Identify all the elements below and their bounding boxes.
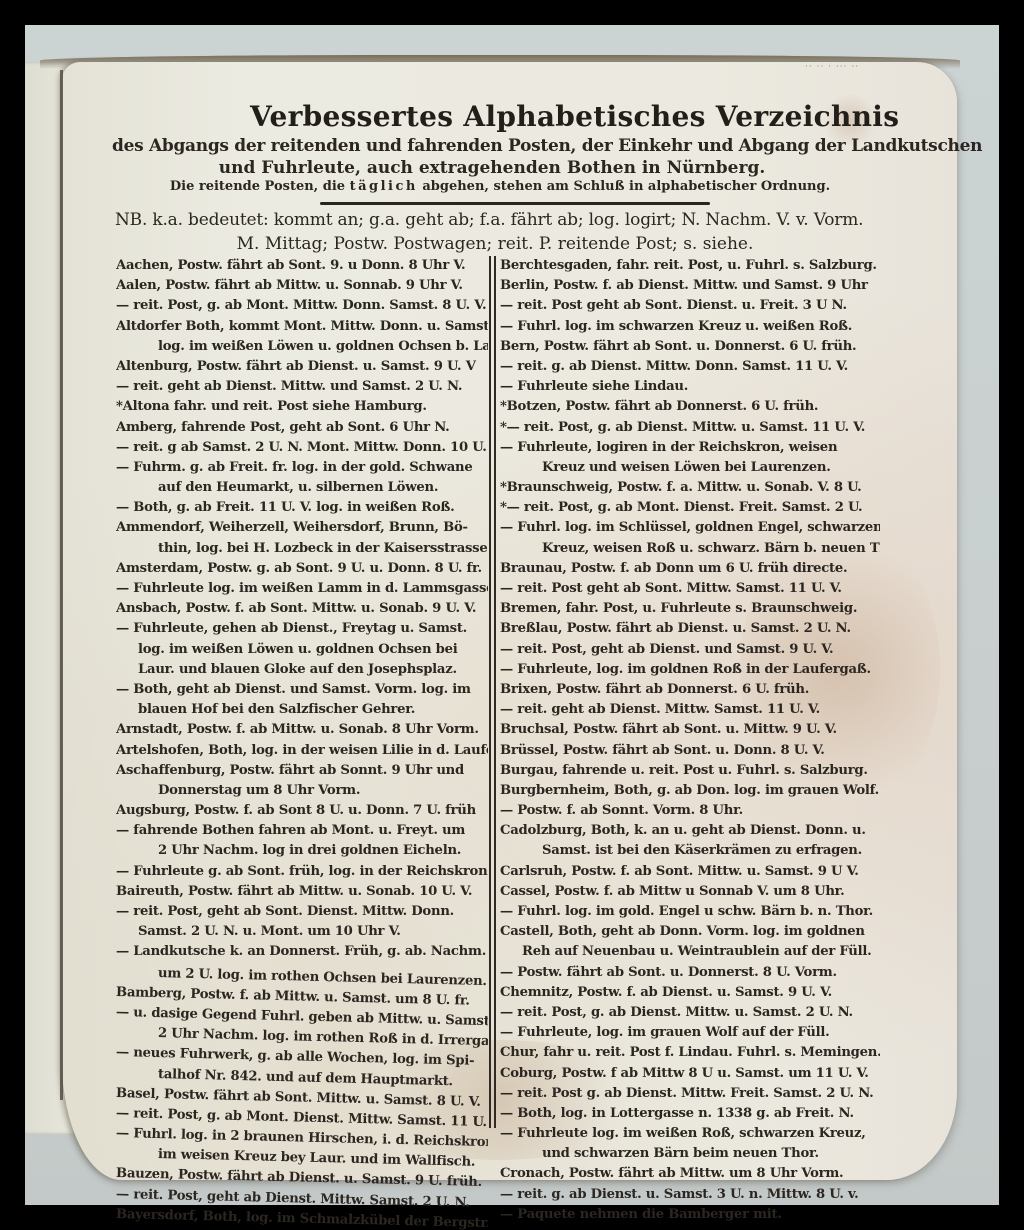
document-subtitle-line1: des Abgangs der reitenden und fahrenden … [112, 136, 872, 156]
directory-entry: — fahrende Bothen fahren ab Mont. u. Fre… [116, 821, 488, 841]
directory-entry: Cadolzburg, Both, k. an u. geht ab Diens… [500, 821, 880, 841]
directory-entry: Aschaffenburg, Postw. fährt ab Sonnt. 9 … [116, 761, 488, 781]
directory-entry: — reit. Post g. ab Dienst. Mittw. Freit.… [500, 1084, 880, 1104]
directory-entry: — Postw. fährt ab Sont. u. Donnerst. 8 U… [500, 963, 880, 983]
directory-entry: — Fuhrl. log. im Schlüssel, goldnen Enge… [500, 518, 880, 538]
directory-entry: — reit. g ab Samst. 2 U. N. Mont. Mittw.… [116, 438, 488, 458]
directory-entry: 2 Uhr Nachm. log in drei goldnen Eicheln… [116, 841, 488, 861]
directory-entry: Baireuth, Postw. fährt ab Mittw. u. Sona… [116, 882, 488, 902]
directory-entry: blauen Hof bei den Salzfischer Gehrer. [116, 700, 488, 720]
directory-entry: Brüssel, Postw. fährt ab Sont. u. Donn. … [500, 741, 880, 761]
directory-entry: — reit. geht ab Dienst. Mittw. und Samst… [116, 377, 488, 397]
directory-entry: log. im weißen Löwen u. goldnen Ochsen b… [116, 337, 488, 357]
directory-entry: Cronach, Postw. fährt ab Mittw. um 8 Uhr… [500, 1164, 880, 1184]
directory-entry: — Fuhrleute, log. im grauen Wolf auf der… [500, 1023, 880, 1043]
directory-entry: Coburg, Postw. f ab Mittw 8 U u. Samst. … [500, 1064, 880, 1084]
directory-entry: Ansbach, Postw. f. ab Sont. Mittw. u. So… [116, 599, 488, 619]
directory-entry: — Fuhrl. log. im schwarzen Kreuz u. weiß… [500, 317, 880, 337]
directory-entry: Samst. ist bei den Käserkrämen zu erfrag… [500, 841, 880, 861]
directory-entry: Bern, Postw. fährt ab Sont. u. Donnerst.… [500, 337, 880, 357]
directory-entry: — Landkutsche k. an Donnerst. Früh, g. a… [116, 942, 488, 962]
directory-entry: Brixen, Postw. fährt ab Donnerst. 6 U. f… [500, 680, 880, 700]
directory-entry: *— reit. Post, g. ab Dienst. Mittw. u. S… [500, 418, 880, 438]
directory-entry: Ammendorf, Weiherzell, Weihersdorf, Brun… [116, 518, 488, 538]
directory-entry: *— reit. Post, g. ab Mont. Dienst. Freit… [500, 498, 880, 518]
directory-entry: Castell, Both, geht ab Donn. Vorm. log. … [500, 922, 880, 942]
directory-entry: — reit. Post, geht ab Sont. Dienst. Mitt… [116, 902, 488, 922]
directory-entry: — reit. g. ab Dienst. Mittw. Donn. Samst… [500, 357, 880, 377]
directory-entry: — Fuhrleute g. ab Sont. früh, log. in de… [116, 862, 488, 882]
abbreviation-legend-line2: M. Mittag; Postw. Postwagen; reit. P. re… [115, 234, 875, 254]
header-rule [320, 202, 710, 205]
subtitle-text: Die reitende Posten, die [170, 179, 350, 194]
directory-entry: Berlin, Postw. f. ab Dienst. Mittw. und … [500, 276, 880, 296]
document-title: Verbessertes Alphabetisches Verzeichnis [250, 100, 770, 133]
directory-entry: Breßlau, Postw. fährt ab Dienst. u. Sams… [500, 619, 880, 639]
directory-entry: Burgbernheim, Both, g. ab Don. log. im g… [500, 781, 880, 801]
directory-entry: Bruchsal, Postw. fährt ab Sont. u. Mittw… [500, 720, 880, 740]
directory-entry: Artelshofen, Both, log. in der weisen Li… [116, 741, 488, 761]
subtitle-emphasis: täglich [350, 179, 418, 194]
directory-entry: Braunau, Postw. f. ab Donn um 6 U. früh … [500, 559, 880, 579]
directory-entry: — Both, geht ab Dienst. und Samst. Vorm.… [116, 680, 488, 700]
column-divider [489, 256, 491, 1128]
directory-entry: *Braunschweig, Postw. f. a. Mittw. u. So… [500, 478, 880, 498]
directory-entry: Aachen, Postw. fährt ab Sont. 9. u Donn.… [116, 256, 488, 276]
directory-entry: Altdorfer Both, kommt Mont. Mittw. Donn.… [116, 317, 488, 337]
directory-entry: — Fuhrl. log. im gold. Engel u schw. Bär… [500, 902, 880, 922]
directory-entry: *Botzen, Postw. fährt ab Donnerst. 6 U. … [500, 397, 880, 417]
directory-entry: Amberg, fahrende Post, geht ab Sont. 6 U… [116, 418, 488, 438]
directory-entry: — reit. Post, geht ab Dienst. und Samst.… [500, 640, 880, 660]
directory-entry: Cassel, Postw. f. ab Mittw u Sonnab V. u… [500, 882, 880, 902]
directory-entry: Kreuz, weisen Roß u. schwarz. Bärn b. ne… [500, 539, 880, 559]
document-subtitle-line2: und Fuhrleute, auch extragehenden Bothen… [112, 158, 872, 178]
directory-entry: — Fuhrm. g. ab Freit. fr. log. in der go… [116, 458, 488, 478]
pencil-annotation: ·· ·· · ··· ·· [805, 62, 859, 72]
document-subtitle-line3: Die reitende Posten, die täglich abgehen… [150, 179, 850, 194]
directory-entry: — Fuhrleute siehe Lindau. [500, 377, 880, 397]
directory-entry: — reit. Post, g. ab Dienst. Mittw. u. Sa… [500, 1003, 880, 1023]
directory-entry: Carlsruh, Postw. f. ab Sont. Mittw. u. S… [500, 862, 880, 882]
directory-entry: — reit. g. ab Dienst. u. Samst. 3 U. n. … [500, 1185, 880, 1205]
abbreviation-legend-line1: NB. k.a. bedeutet: kommt an; g.a. geht a… [115, 210, 875, 230]
directory-entry: — Fuhrleute log. im weißen Roß, schwarze… [500, 1124, 880, 1144]
directory-entry: Laur. und blauen Gloke auf den Josephspl… [116, 660, 488, 680]
directory-entry: — reit. Post geht ab Sont. Dienst. u. Fr… [500, 296, 880, 316]
directory-entry: Chemnitz, Postw. f. ab Dienst. u. Samst.… [500, 983, 880, 1003]
directory-entry: *Altona fahr. und reit. Post siehe Hambu… [116, 397, 488, 417]
directory-entry: thin, log. bei H. Lozbeck in der Kaisers… [116, 539, 488, 559]
directory-entry: — reit. geht ab Dienst. Mittw. Samst. 11… [500, 700, 880, 720]
directory-entry: — Fuhrleute, logiren in der Reichskron, … [500, 438, 880, 458]
directory-entry: Kreuz und weisen Löwen bei Laurenzen. [500, 458, 880, 478]
subtitle-text: abgehen, stehen am Schluß in alphabetisc… [418, 179, 830, 194]
directory-entry: log. im weißen Löwen u. goldnen Ochsen b… [116, 640, 488, 660]
directory-entry: Aalen, Postw. fährt ab Mittw. u. Sonnab.… [116, 276, 488, 296]
directory-entry: — reit. Post, g. ab Mont. Mittw. Donn. S… [116, 296, 488, 316]
directory-entry: Chur, fahr u. reit. Post f. Lindau. Fuhr… [500, 1043, 880, 1063]
right-column: Berchtesgaden, fahr. reit. Post, u. Fuhr… [500, 256, 880, 1225]
directory-entry: Amsterdam, Postw. g. ab Sont. 9 U. u. Do… [116, 559, 488, 579]
directory-entry: und schwarzen Bärn beim neuen Thor. [500, 1144, 880, 1164]
directory-entry: — Paquete nehmen die Bamberger mit. [500, 1205, 880, 1225]
left-column: Aachen, Postw. fährt ab Sont. 9. u Donn.… [116, 256, 488, 1225]
column-divider [494, 256, 496, 1128]
directory-entry: Bremen, fahr. Post, u. Fuhrleute s. Brau… [500, 599, 880, 619]
directory-entry: Samst. 2 U. N. u. Mont. um 10 Uhr V. [116, 922, 488, 942]
directory-entry: Arnstadt, Postw. f. ab Mittw. u. Sonab. … [116, 720, 488, 740]
directory-entry: Donnerstag um 8 Uhr Vorm. [116, 781, 488, 801]
directory-entry: — Fuhrleute, gehen ab Dienst., Freytag u… [116, 619, 488, 639]
directory-entry: auf den Heumarkt, u. silbernen Löwen. [116, 478, 488, 498]
directory-entry: — Postw. f. ab Sonnt. Vorm. 8 Uhr. [500, 801, 880, 821]
directory-entry: Reh auf Neuenbau u. Weintraublein auf de… [500, 942, 880, 962]
directory-entry: Burgau, fahrende u. reit. Post u. Fuhrl.… [500, 761, 880, 781]
directory-entry: — Fuhrleute log. im weißen Lamm in d. La… [116, 579, 488, 599]
document-text: ·· ·· · ··· ·· Verbessertes Alphabetisch… [0, 0, 1024, 1230]
directory-entry: Augsburg, Postw. f. ab Sont 8 U. u. Donn… [116, 801, 488, 821]
directory-entry: — Both, g. ab Freit. 11 U. V. log. in we… [116, 498, 488, 518]
directory-entry: — reit. Post geht ab Sont. Mittw. Samst.… [500, 579, 880, 599]
directory-entry: — Fuhrleute, log. im goldnen Roß in der … [500, 660, 880, 680]
directory-entry: Berchtesgaden, fahr. reit. Post, u. Fuhr… [500, 256, 880, 276]
directory-entry: — Both, log. in Lottergasse n. 1338 g. a… [500, 1104, 880, 1124]
directory-entry: Altenburg, Postw. fährt ab Dienst. u. Sa… [116, 357, 488, 377]
